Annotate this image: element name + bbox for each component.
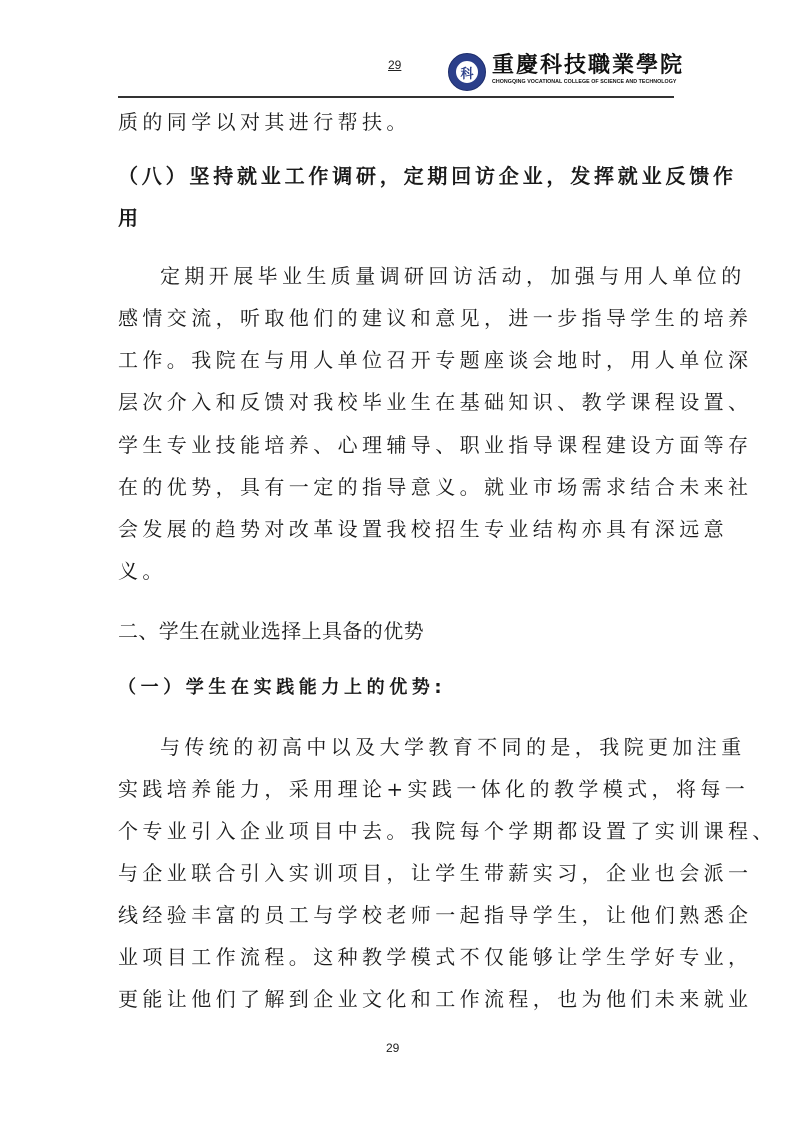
chapter-2-heading: 二、学生在就业选择上具备的优势	[118, 619, 424, 643]
paragraph-line: 业项目工作流程。这种教学模式不仅能够让学生学好专业，	[118, 945, 752, 969]
footer-page-number: 29	[386, 1041, 399, 1055]
emblem-glyph: 科	[455, 60, 479, 84]
paragraph-line: 定期开展毕业生质量调研回访活动，加强与用人单位的	[160, 264, 746, 288]
paragraph-line: 层次介入和反馈对我校毕业生在基础知识、教学课程设置、	[118, 390, 752, 414]
paragraph-line: 义。	[118, 559, 167, 583]
college-emblem-icon: 科	[448, 53, 486, 91]
paragraph-line: 工作。我院在与用人单位召开专题座谈会地时，用人单位深	[118, 348, 752, 372]
paragraph-line: 与传统的初高中以及大学教育不同的是，我院更加注重	[160, 735, 746, 759]
college-name-en: CHONGQING VOCATIONAL COLLEGE OF SCIENCE …	[492, 79, 678, 85]
paragraph-line: 更能让他们了解到企业文化和工作流程，也为他们未来就业	[118, 987, 752, 1011]
college-logo: 重慶科技職業學院 CHONGQING VOCATIONAL COLLEGE OF…	[492, 52, 678, 85]
section-8-heading-line1: （八）坚持就业工作调研，定期回访企业，发挥就业反馈作	[118, 164, 737, 188]
continuation-text: 质的同学以对其进行帮扶。	[118, 110, 411, 134]
paragraph-line: 实践培养能力，采用理论+实践一体化的教学模式，将每一	[118, 777, 749, 801]
page-header: 29 科 重慶科技職業學院 CHONGQING VOCATIONAL COLLE…	[118, 50, 674, 98]
college-name-cn: 重慶科技職業學院	[492, 52, 678, 78]
paragraph-line: 学生专业技能培养、心理辅导、职业指导课程建设方面等存	[118, 433, 752, 457]
paragraph-line: 个专业引入企业项目中去。我院每个学期都设置了实训课程、	[118, 819, 777, 843]
subsection-1-heading: （一）学生在实践能力上的优势:	[118, 676, 446, 700]
header-page-number: 29	[388, 58, 401, 72]
section-8-heading-line2: 用	[118, 206, 142, 230]
paragraph-line: 与企业联合引入实训项目，让学生带薪实习，企业也会派一	[118, 861, 752, 885]
paragraph-line: 线经验丰富的员工与学校老师一起指导学生，让他们熟悉企	[118, 903, 752, 927]
paragraph-line: 感情交流，听取他们的建议和意见，进一步指导学生的培养	[118, 306, 752, 330]
paragraph-line: 在的优势，具有一定的指导意义。就业市场需求结合未来社	[118, 475, 752, 499]
paragraph-line: 会发展的趋势对改革设置我校招生专业结构亦具有深远意	[118, 517, 728, 541]
